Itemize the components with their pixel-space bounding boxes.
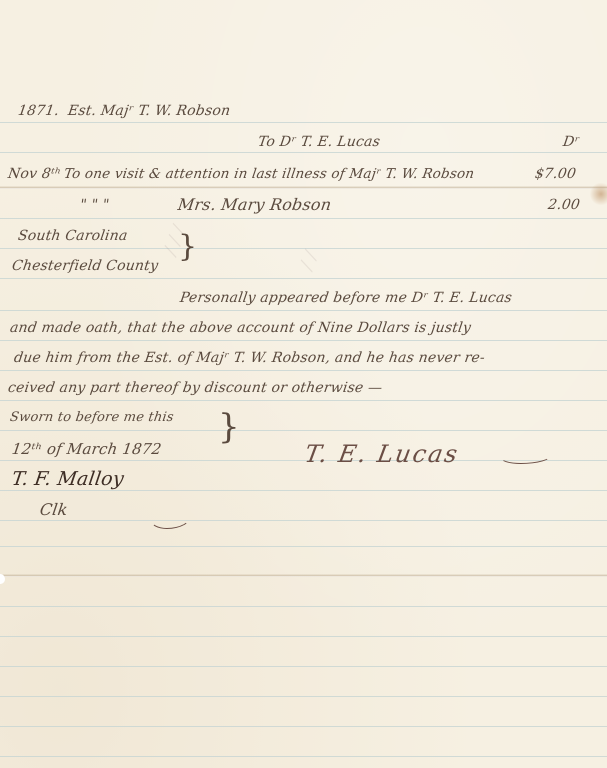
jurat-line: Sworn to before me this bbox=[9, 410, 175, 425]
item-amount: $7.00 bbox=[534, 166, 577, 182]
rule-line bbox=[0, 490, 607, 491]
item-patient: Mrs. Mary Robson bbox=[177, 195, 333, 214]
affidavit-line: due him from the Est. of Majʳ T. W. Robs… bbox=[13, 350, 486, 366]
paper-hole bbox=[0, 574, 5, 584]
item-description: To one visit & attention in last illness… bbox=[63, 166, 476, 182]
item-ditto-marks: " " " bbox=[79, 197, 110, 213]
fold-crease bbox=[0, 186, 607, 189]
rule-line bbox=[0, 370, 607, 371]
rule-line bbox=[0, 520, 607, 521]
rule-line bbox=[0, 606, 607, 607]
account-year: 1871. bbox=[17, 103, 60, 119]
rule-line bbox=[0, 430, 607, 431]
affidavit-line: ceived any part thereof by discount or o… bbox=[7, 380, 384, 396]
venue-brace: } bbox=[178, 232, 197, 262]
document-page: / / / / / 1871. Est. Majʳ T. W. Robson T… bbox=[0, 0, 607, 768]
account-creditor: To Dʳ T. E. Lucas bbox=[257, 134, 381, 150]
officer-title: Clk bbox=[39, 500, 69, 519]
rule-line bbox=[0, 546, 607, 547]
debit-column-header: Dʳ bbox=[562, 134, 581, 150]
rule-line bbox=[0, 636, 607, 637]
rule-line bbox=[0, 400, 607, 401]
ink-bleed-through: / / bbox=[296, 249, 322, 273]
affidavit-line: and made oath, that the above account of… bbox=[9, 320, 472, 336]
rule-line bbox=[0, 756, 607, 757]
affidavit-line: Personally appeared before me Dʳ T. E. L… bbox=[179, 290, 513, 306]
signature-flourish bbox=[500, 448, 552, 464]
rule-line bbox=[0, 726, 607, 727]
venue-county: Chesterfield County bbox=[11, 258, 159, 274]
fold-crease bbox=[0, 574, 607, 577]
account-estate-heading: Est. Majʳ T. W. Robson bbox=[67, 103, 231, 119]
signature: T. E. Lucas bbox=[303, 440, 462, 468]
officer-flourish bbox=[150, 505, 192, 529]
rule-line bbox=[0, 218, 607, 219]
rule-line bbox=[0, 340, 607, 341]
rule-line bbox=[0, 152, 607, 153]
rule-line bbox=[0, 278, 607, 279]
venue-state: South Carolina bbox=[17, 228, 129, 244]
item-date: Nov 8ᵗʰ bbox=[7, 166, 62, 182]
rule-line bbox=[0, 310, 607, 311]
rule-line bbox=[0, 696, 607, 697]
paper-stain bbox=[590, 182, 607, 206]
officer-name: T. F. Malloy bbox=[10, 468, 125, 490]
item-amount: 2.00 bbox=[547, 197, 581, 213]
rule-line bbox=[0, 666, 607, 667]
jurat-brace: } bbox=[218, 412, 240, 442]
rule-line bbox=[0, 122, 607, 123]
jurat-date: 12ᵗʰ of March 1872 bbox=[11, 440, 163, 458]
